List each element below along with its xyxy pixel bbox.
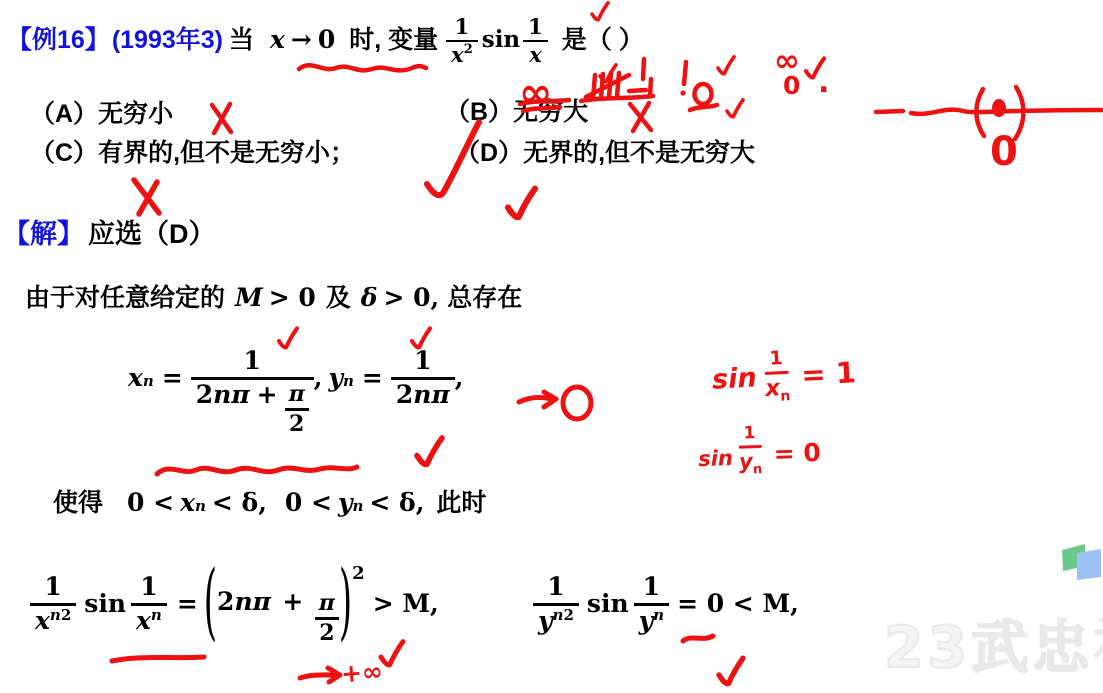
handwritten-sin-yn-equals-0: sin 1 yn = 0 <box>697 422 821 480</box>
arrow-token: → <box>291 26 312 55</box>
math-token: 2 <box>196 381 213 410</box>
math-token-delta: δ <box>361 284 378 313</box>
hw-fraction-1-over-xn: 1 xn <box>763 348 791 406</box>
solution-tag: 【解】 <box>3 219 84 250</box>
option-a-key: （A） <box>30 100 98 128</box>
numerator: 1 <box>769 348 783 371</box>
condition-2: > 0, <box>383 284 439 313</box>
handwritten-infinity: ∞ <box>519 70 552 116</box>
option-c: （C）有界的,但不是无穷小； <box>30 139 355 168</box>
option-c-text: 有界的,但不是无穷小； <box>98 139 355 167</box>
annotation-oscillation <box>680 62 717 110</box>
comma: , <box>314 364 323 393</box>
numerator: π <box>319 591 335 616</box>
numberline-zero-label: 0 <box>990 129 1018 175</box>
subscript-n: n <box>343 373 354 390</box>
solution-line: 【解】 应选（D） <box>3 219 216 250</box>
final-formula-yn: 1 yn2 sin 1 yn = 0 < M, <box>533 570 799 636</box>
comma: , <box>455 364 464 393</box>
solution-text: 应选（D） <box>88 219 216 250</box>
equals: = <box>162 364 183 393</box>
denominator: 2nπ <box>391 381 455 410</box>
hw-fraction-1-over-yn: 1 yn <box>738 424 763 478</box>
check-mark-under-2npi <box>417 438 442 464</box>
handwritten-zero: 0 <box>783 72 800 101</box>
math-token: 2 <box>217 587 234 616</box>
numerator: 1 <box>244 347 261 376</box>
squiggle-under-xn-formula <box>157 467 357 474</box>
handwritten-sin-xn-equals-1: sin 1 xn = 1 <box>711 344 858 408</box>
math-token: x <box>270 26 285 55</box>
numerator: 1 <box>528 15 543 39</box>
denominator: xn <box>131 607 167 636</box>
subscript-n: n <box>143 373 154 390</box>
handwritten-plus-infinity: +∞ <box>340 658 384 690</box>
subscript-n: n <box>50 607 61 624</box>
numerator: 1 <box>414 347 431 376</box>
numerator: 1 <box>743 424 756 444</box>
exponent: 2 <box>464 43 473 58</box>
check-mark <box>718 57 734 74</box>
denominator: 2nπ + π 2 <box>191 381 314 437</box>
check-mark-under-option-d <box>508 189 535 218</box>
fraction-1-over-xn: 1 xn <box>131 570 167 636</box>
fraction-pi-over-2: π 2 <box>285 383 309 437</box>
sin-token: sin <box>587 590 629 619</box>
yn-lhs: , yn = <box>314 364 391 393</box>
squiggle-under-zero <box>683 636 713 641</box>
check-mark-formula-right <box>719 658 743 683</box>
given-pre: 由于对任意给定的 <box>25 284 225 313</box>
equals: = <box>362 364 383 393</box>
numerator: 1 <box>455 15 470 39</box>
left-paren: ( <box>204 556 217 652</box>
math-token: n <box>213 381 231 410</box>
numerator: 1 <box>643 573 660 602</box>
option-a: （A）无穷小 <box>30 100 173 129</box>
numerator: 1 <box>44 573 61 602</box>
handwritten-dot: . <box>818 66 829 101</box>
hw-equals-zero: = 0 <box>773 439 821 469</box>
greater-than-M: > M, <box>373 590 439 619</box>
math-token: y <box>538 607 553 636</box>
outer-exponent: 2 <box>352 564 365 585</box>
math-token: y <box>739 449 754 473</box>
math-token: 0 <box>318 26 335 55</box>
tally-mark-crossed <box>581 73 653 101</box>
plus: + <box>257 381 278 410</box>
example-tag: 【例16】 <box>7 26 110 55</box>
denominator: x <box>529 43 542 67</box>
subscript-n: n <box>151 607 162 624</box>
option-d-key: （D） <box>455 139 523 167</box>
option-a-text: 无穷小 <box>98 100 173 128</box>
xn-lhs: xn = <box>128 364 191 393</box>
denominator: xn <box>765 375 791 406</box>
limit-expression: x → 0 <box>270 26 335 55</box>
subscript-n: n <box>195 498 206 515</box>
denominator: 2 <box>289 412 304 437</box>
condition-line: 使得 0 < xn < δ, 0 < yn < δ, 此时 <box>53 489 486 518</box>
denominator: 2 <box>319 621 334 646</box>
math-token: n <box>234 587 252 616</box>
math-token: π <box>253 587 271 616</box>
math-token: 0 < <box>127 489 174 518</box>
arrow-to-zero <box>519 387 591 419</box>
sequence-formula: xn = 1 2nπ + π 2 , yn = 1 <box>128 344 463 437</box>
math-token: x <box>180 489 195 518</box>
math-token: 0 < <box>285 489 332 518</box>
subscript-n: n <box>653 607 664 624</box>
hw-sin: sin <box>698 446 733 471</box>
denominator: yn <box>739 448 763 478</box>
equals-zero-less-M: = 0 < M, <box>677 590 799 619</box>
sin-token: sin <box>482 27 520 53</box>
fraction-yn: 1 2nπ <box>391 344 455 410</box>
math-token: n <box>413 381 431 410</box>
fraction-pi-over-2: π 2 <box>315 592 339 646</box>
math-token: x <box>136 607 151 636</box>
option-d-text: 无界的,但不是无穷大 <box>523 139 755 167</box>
math-token: y <box>639 607 654 636</box>
cross-mark-option-c <box>134 180 159 214</box>
final-formula-xn: 1 xn2 sin 1 xn = ( 2nπ + π 2 ) 2 > M, <box>30 570 439 646</box>
option-b-key: （B） <box>445 98 513 126</box>
cond-pre: 使得 <box>53 489 103 518</box>
sin-token: sin <box>84 590 126 619</box>
numerator: π <box>289 382 305 407</box>
problem-title: 【例16】 (1993年3) 当 x → 0 时, 变量 1 x2 sin 1 … <box>7 8 644 72</box>
math-token: y <box>328 364 343 393</box>
math-token: y <box>338 489 353 518</box>
subscript-n: n <box>780 388 791 404</box>
fraction-1-over-x2: 1 x2 <box>446 13 478 68</box>
option-c-key: （C） <box>30 139 98 167</box>
numerator: 1 <box>140 573 157 602</box>
hw-sin: sin <box>711 362 757 395</box>
math-token: x <box>765 375 781 402</box>
option-b: （B）无穷大 <box>445 98 588 127</box>
title-pre: 当 <box>229 26 254 55</box>
given-and: 及 <box>326 284 351 313</box>
paren-content: 2nπ + π 2 <box>217 588 339 646</box>
fraction-1-over-yn2: 1 yn2 <box>533 570 579 636</box>
math-token: x <box>35 607 50 636</box>
equals: = <box>177 590 198 619</box>
exponent: 2 <box>563 607 573 624</box>
exponent: 2 <box>61 607 71 624</box>
condition-1: > 0 <box>269 284 316 313</box>
math-token-M: M <box>235 284 263 313</box>
right-paren: ) <box>339 556 352 652</box>
cross-mark-option-a <box>212 104 231 133</box>
subscript-n: n <box>553 607 564 624</box>
math-token: 2 <box>396 381 413 410</box>
cond-post: 此时 <box>436 489 486 518</box>
watermark: 23武忠祥 <box>884 616 1103 682</box>
math-token: π <box>231 381 249 410</box>
exam-source: (1993年3) <box>112 26 223 55</box>
math-token: < δ, <box>369 489 424 518</box>
lecture-slide: 【例16】 (1993年3) 当 x → 0 时, 变量 1 x2 sin 1 … <box>0 0 1103 693</box>
math-token: π <box>431 381 449 410</box>
check-mark <box>727 100 743 117</box>
fraction-xn: 1 2nπ + π 2 <box>191 344 314 437</box>
underline-sin-xn <box>112 657 204 661</box>
hw-equals-one: = 1 <box>800 356 856 392</box>
subscript-n: n <box>753 462 763 477</box>
math-token: x <box>128 364 143 393</box>
option-d: （D）无界的,但不是无穷大 <box>455 139 755 168</box>
given-line: 由于对任意给定的 M > 0 及 δ > 0, 总存在 <box>25 284 522 313</box>
denominator: yn2 <box>533 607 579 636</box>
fraction-1-over-yn: 1 yn <box>634 570 669 636</box>
denominator: x <box>451 43 464 67</box>
math-token: < δ, <box>212 489 267 518</box>
title-mid: 时, 变量 <box>349 26 438 55</box>
arrow-to-plus-infinity <box>300 668 340 682</box>
fraction-1-over-x: 1 x <box>523 13 548 68</box>
denominator: xn2 <box>30 607 76 636</box>
book-icon-blue-page <box>1077 549 1101 580</box>
numerator: 1 <box>547 573 564 602</box>
fraction-1-over-xn2: 1 xn2 <box>30 570 76 636</box>
subscript-n: n <box>352 498 363 515</box>
book-app-icon <box>1058 542 1103 584</box>
plus: + <box>282 587 303 616</box>
title-question: 是（ ） <box>562 26 644 55</box>
given-post: 总存在 <box>447 284 522 313</box>
denominator: yn <box>634 607 669 636</box>
